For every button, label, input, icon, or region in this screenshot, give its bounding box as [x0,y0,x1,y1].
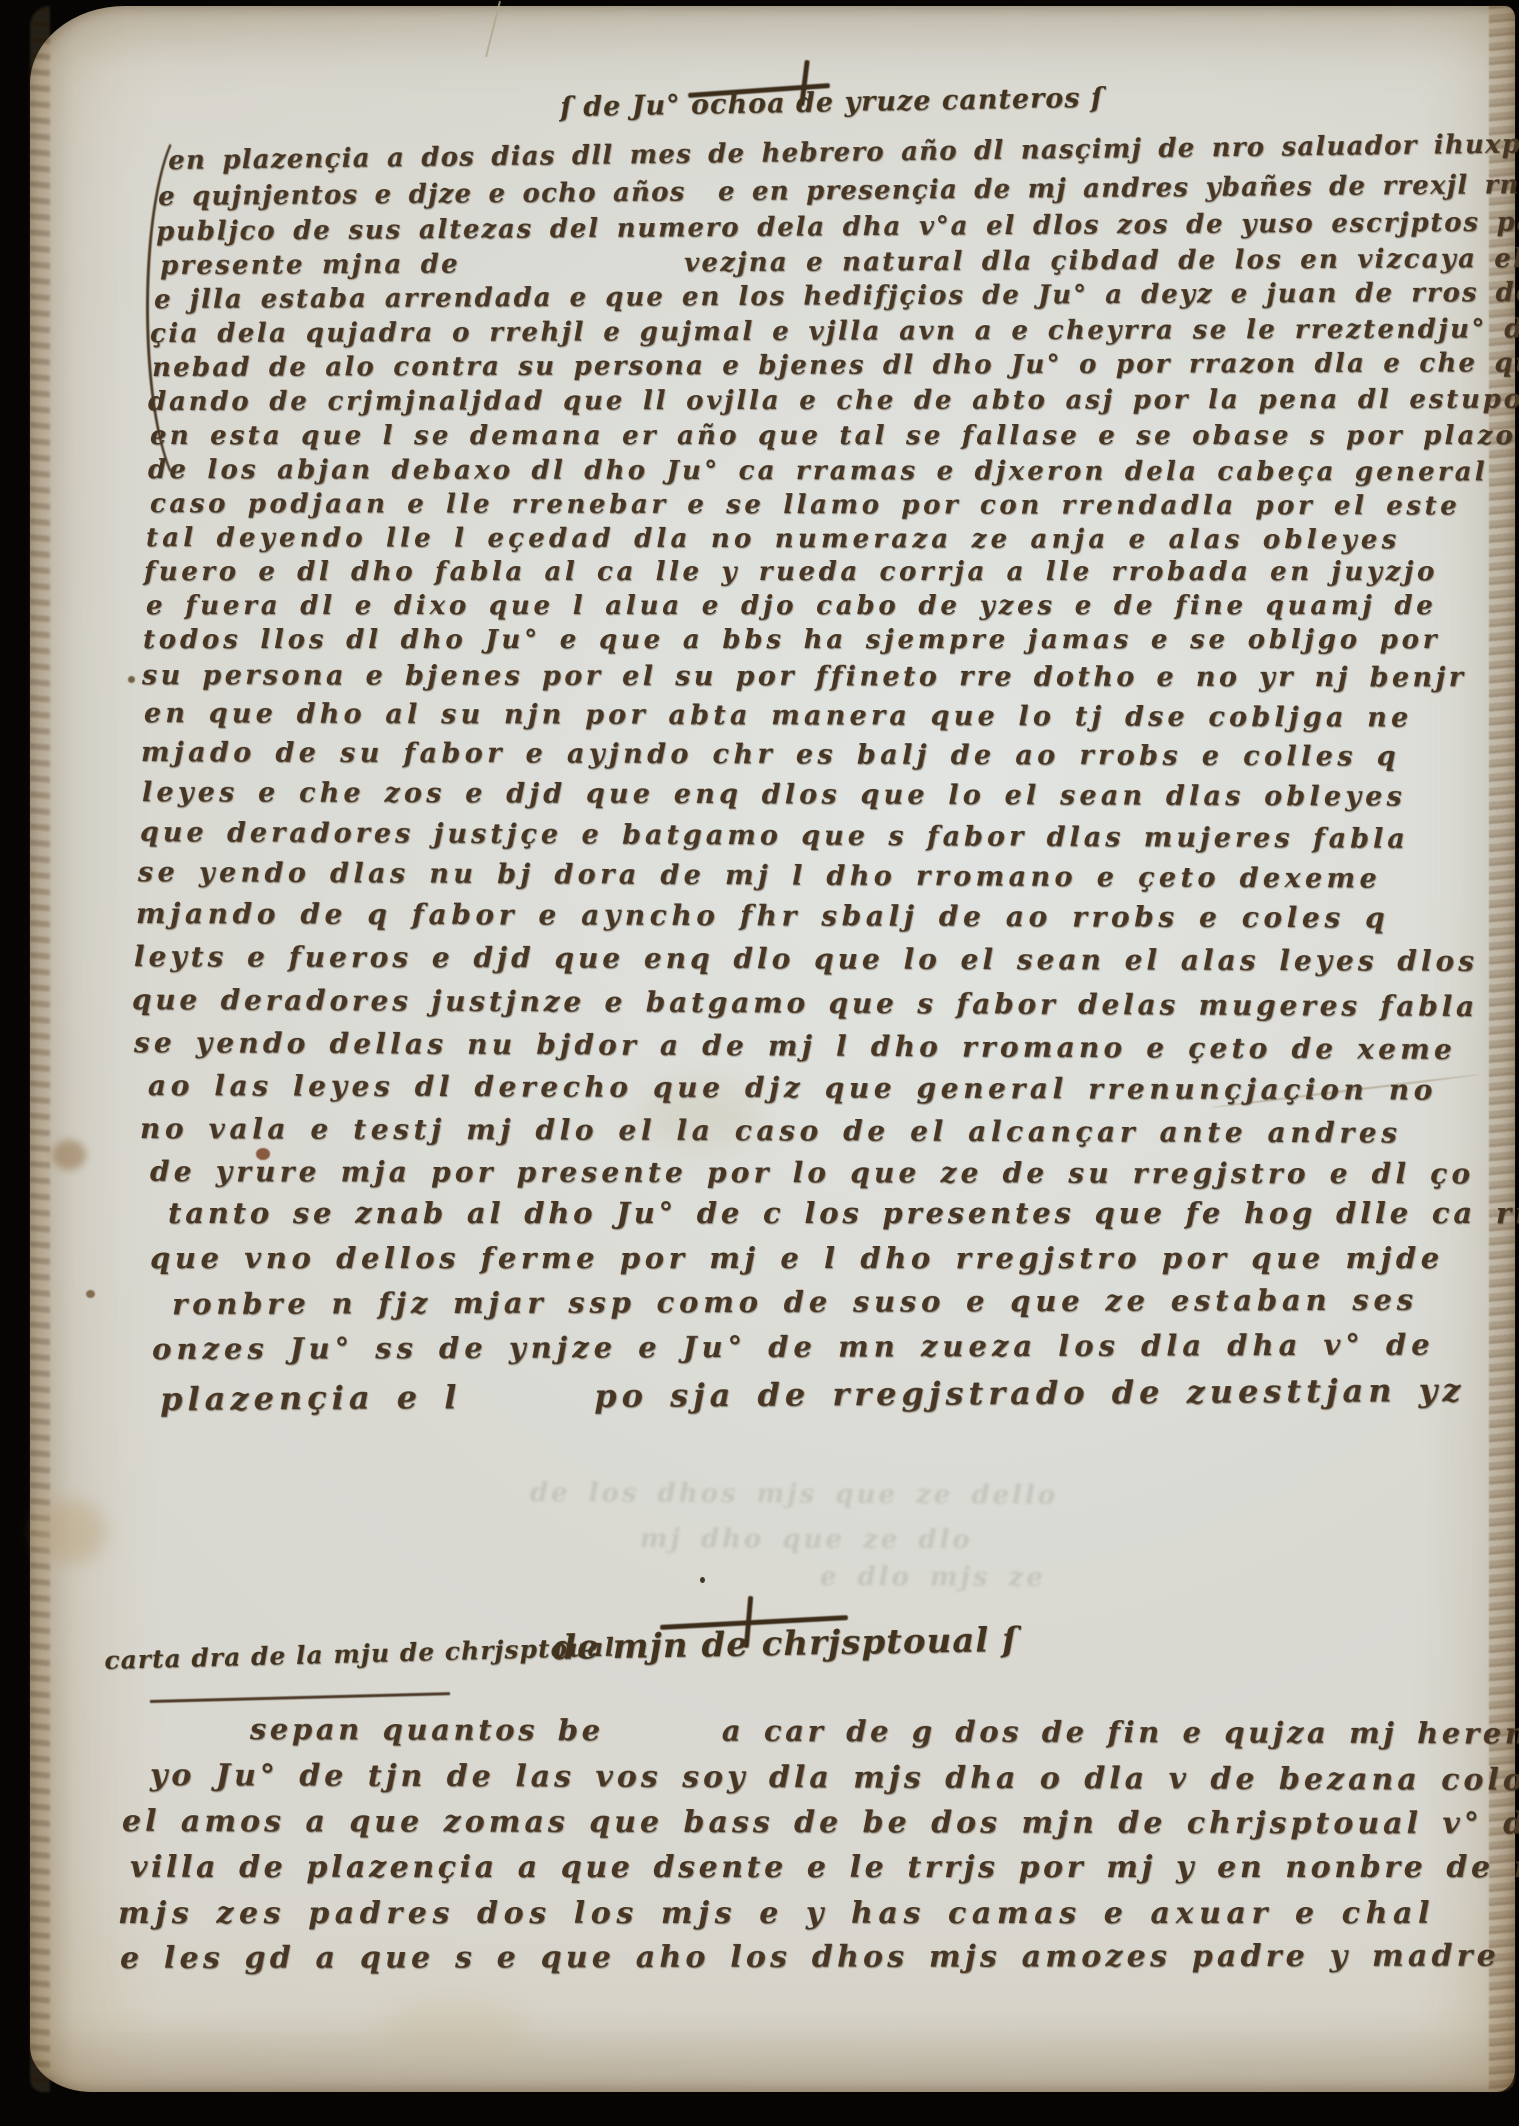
manuscript-line: ao las leyes dl derecho que djz que gene… [148,1069,1437,1106]
manuscript-line: que deradores justjçe e batgamo que s fa… [140,817,1409,855]
manuscript-line: dando de crjmjnaljdad que ll ovjlla e ch… [148,385,1519,417]
manuscript-line: leyes e che zos e djd que enq dlos que l… [142,777,1406,812]
manuscript-line: leyts e fueros e djd que enq dlo que lo … [134,940,1478,978]
manuscript-line: nebad de alo contra su persona e bjenes … [152,348,1519,383]
ghost-line: mj dho que ze dlo [640,1524,973,1555]
manuscript-line: fuero e dl dho fabla al ca lle y rueda c… [144,557,1438,587]
manuscript-line: en esta que l se demana er año que tal s… [150,421,1516,451]
manuscript-line: mjs zes padres dos los mjs e y has camas… [118,1896,1435,1931]
ghost-line: de los dhos mjs que ze dello [530,1478,1058,1511]
manuscript-line: mjando de q fabor e ayncho fhr sbalj de … [136,897,1389,934]
manuscript-line: no vala e testj mj dlo el la caso de el … [140,1112,1402,1149]
manuscript-line: mjado de su fabor e ayjndo chr es balj d… [141,737,1400,772]
manuscript-line: que deradores justjnze e batgamo que s f… [132,983,1478,1023]
ghost-line: e dlo mjs ze [820,1562,1046,1593]
manuscript-line: que vno dellos ferme por mj e l dho rreg… [150,1241,1444,1275]
manuscript-line: e fuera dl e dixo que l alua e djo cabo … [146,591,1437,621]
manuscript-line: todos llos dl dho Ju° e que a bbs ha sje… [143,625,1440,655]
manuscript-line: sepan quantos be a car de g dos de fin e… [250,1712,1519,1751]
second-entry-heading: de mjn de chrjsptoual ſ [552,1620,1018,1668]
manuscript-line: su persona e bjenes por el su por ffinet… [142,660,1466,693]
manuscript-line: de yrure mja por presente por lo que ze … [150,1155,1474,1190]
manuscript-line: de los abjan debaxo dl dho Ju° ca rramas… [148,455,1488,487]
manuscript-line: se yendo dlas nu bj dora de mj l dho rro… [138,857,1381,895]
manuscript-line: e les gd a que s e que aho los dhos mjs … [120,1939,1519,1976]
manuscript-line: tal deyendo lle l eçedad dla no numeraza… [146,523,1401,555]
manuscript-line: villa de plazençia a que dsente e le trr… [130,1850,1519,1885]
manuscript-line: en que dho al su njn por abta manera que… [144,698,1413,733]
manuscript-scan: ſ de Ju° ochoa de yruze canteros ſ en pl… [0,0,1519,2126]
manuscript-line: el amos a que zomas que bass de be dos m… [122,1804,1519,1842]
manuscript-line: yo Ju° de tjn de las vos soy dla mjs dha… [150,1758,1519,1798]
manuscript-line: ronbre n fjz mjar ssp como de suso e que… [172,1283,1418,1321]
manuscript-line: çia dela qujadra o rrehjl e gujmal e vjl… [150,314,1519,349]
manuscript-line: se yendo dellas nu bjdor a de mj l dho r… [134,1026,1456,1066]
manuscript-line: onzes Ju° ss de ynjze e Ju° de mn zueza … [152,1328,1435,1366]
paper-left-deckle-edge [30,6,50,2092]
manuscript-line: tanto se znab al dho Ju° de c los presen… [168,1196,1519,1230]
manuscript-line: caso podjaan e lle rrenebar e se llamo p… [150,489,1460,521]
